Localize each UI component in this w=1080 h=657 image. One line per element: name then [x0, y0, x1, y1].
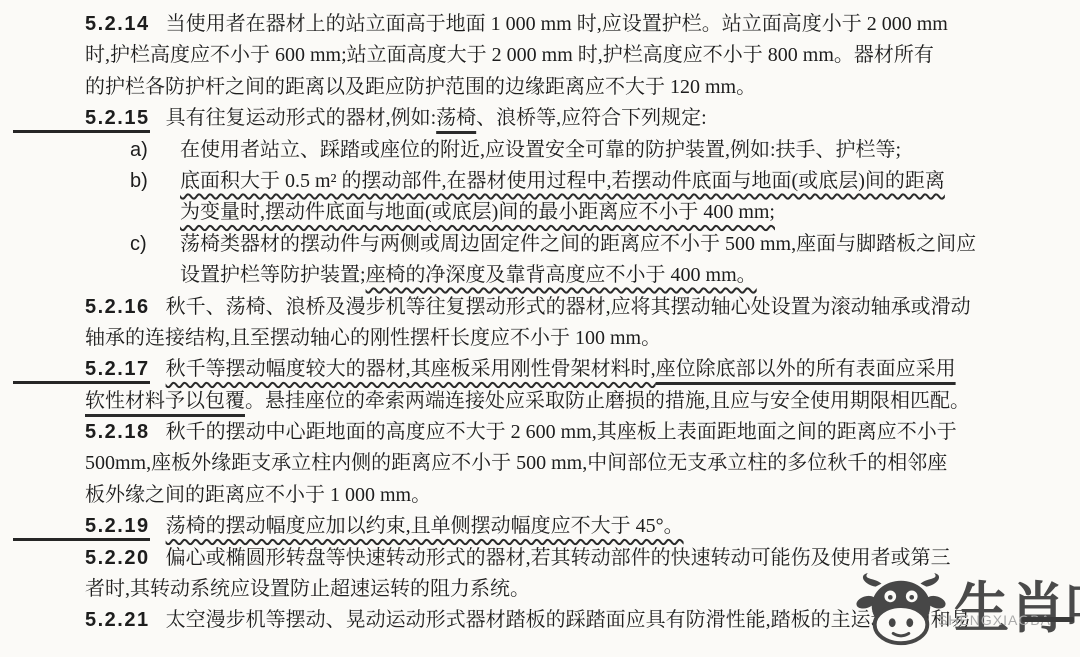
text-line: 5.2.16秋千、荡椅、浪桥及漫步机等往复摆动形式的器材,应将其摆动轴心处设置为…: [0, 292, 1080, 323]
text-segment: 座位除底部以外的所有表面应采用: [656, 358, 956, 380]
text-line: 的护栏各防护杆之间的距离以及距应防护范围的边缘距离应不大于 120 mm。: [0, 72, 1080, 103]
text-segment: 在使用者站立、踩踏或座位的附近,应设置安全可靠的防护装置,例如:扶手、护栏等;: [180, 139, 901, 161]
item-marker: a): [130, 135, 180, 166]
text-line: b)底面积大于 0.5 m² 的摆动部件,在器材使用过程中,若摆动件底面与地面(…: [0, 166, 1080, 197]
item-marker: b): [130, 166, 180, 197]
clause-number: 5.2.20: [85, 547, 150, 569]
text-segment: 秋千、荡椅、浪桥及漫步机等往复摆动形式的器材,应将其摆动轴心处设置为滚动轴承或滑…: [166, 296, 971, 318]
text-segment: 板外缘之间的距离应不小于 1 000 mm。: [85, 484, 431, 506]
text-line: 板外缘之间的距离应不小于 1 000 mm。: [0, 480, 1080, 511]
clause-number: 5.2.18: [85, 421, 150, 443]
clause-number: 5.2.19: [13, 515, 150, 541]
document-page: 5.2.14当使用者在器材上的站立面高于地面 1 000 mm 时,应设置护栏。…: [0, 0, 1080, 657]
text-segment: 为变量时,摆动件底面与地面(或底层)间的最小距离应不小于 400 mm;: [180, 201, 775, 223]
text-segment: 秋千的摆动中心距地面的高度应不大于 2 600 mm,其座板上表面距地面之间的距…: [166, 421, 957, 443]
text-line: 5.2.19荡椅的摆动幅度应加以约束,且单侧摆动幅度应不大于 45°。: [0, 511, 1080, 542]
clause-number: 5.2.14: [85, 13, 150, 35]
text-segment: 设置护栏等防护装置;: [180, 264, 366, 286]
clause-number: 5.2.15: [13, 107, 150, 133]
text-segment: 秋千等摆动幅度较大的器材,其座板采用刚性骨架材料时,: [166, 358, 656, 380]
text-line: 设置护栏等防护装置;座椅的净深度及靠背高度应不小于 400 mm。: [0, 260, 1080, 291]
text-segment: 时,护栏高度应不小于 600 mm;站立面高度大于 2 000 mm 时,护栏高…: [85, 44, 934, 66]
text-segment: 轴承的连接结构,且至摆动轴心的刚性摆杆长度应不小于 100 mm。: [85, 327, 661, 349]
text-segment: 荡椅类器材的摆动件与两侧或周边固定件之间的距离应不小于 500 mm,座面与脚踏…: [180, 233, 976, 255]
text-line: 为变量时,摆动件底面与地面(或底层)间的最小距离应不小于 400 mm;: [0, 197, 1080, 228]
text-line: 5.2.14当使用者在器材上的站立面高于地面 1 000 mm 时,应设置护栏。…: [0, 9, 1080, 40]
text-segment: 、浪桥等,应符合下列规定:: [476, 107, 707, 129]
text-line: 5.2.17秋千等摆动幅度较大的器材,其座板采用刚性骨架材料时,座位除底部以外的…: [0, 354, 1080, 385]
text-segment: 当使用者在器材上的站立面高于地面 1 000 mm 时,应设置护栏。站立面高度小…: [166, 13, 948, 35]
document-body: 5.2.14当使用者在器材上的站立面高于地面 1 000 mm 时,应设置护栏。…: [0, 9, 1080, 637]
item-marker: c): [130, 229, 180, 260]
text-line: 5.2.18秋千的摆动中心距地面的高度应不大于 2 600 mm,其座板上表面距…: [0, 417, 1080, 448]
text-line: 时,护栏高度应不小于 600 mm;站立面高度大于 2 000 mm 时,护栏高…: [0, 40, 1080, 71]
watermark-dash: [1022, 617, 1074, 622]
text-line: a)在使用者站立、踩踏或座位的附近,应设置安全可靠的防护装置,例如:扶手、护栏等…: [0, 135, 1080, 166]
text-segment: 荡椅: [436, 107, 476, 129]
text-segment: 的护栏各防护杆之间的距离以及距应防护范围的边缘距离应不大于 120 mm。: [85, 76, 756, 98]
text-segment: 底面积大于 0.5 m² 的摆动部件,在器材使用过程中,若摆动件底面与地面(或底…: [180, 170, 945, 192]
text-line: c)荡椅类器材的摆动件与两侧或周边固定件之间的距离应不小于 500 mm,座面与…: [0, 229, 1080, 260]
clause-number: 5.2.16: [85, 296, 150, 318]
text-segment: 偏心或椭圆形转盘等快速转动形式的器材,若其转动部件的快速转动可能伤及使用者或第三: [166, 547, 951, 569]
text-segment: 者时,其转动系统应设置防止超速运转的阻力系统。: [85, 578, 530, 600]
text-segment: 具有往复运动形式的器材,例如:: [166, 107, 437, 129]
ox-logo-icon: [852, 571, 950, 649]
watermark: 生肖吧 SHENGXIAOBA: [850, 565, 1080, 657]
text-segment: 软性材料予以包覆: [85, 390, 245, 412]
text-line: 软性材料予以包覆。悬挂座位的牵索两端连接处应采取防止磨损的措施,且应与安全使用期…: [0, 386, 1080, 417]
text-segment: 500mm,座板外缘距支承立柱内侧的距离应不小于 500 mm,中间部位无支承立…: [85, 452, 947, 474]
clause-number: 5.2.21: [85, 609, 150, 631]
text-segment: 荡椅的摆动幅度应加以约束,且单侧摆动幅度应不大于 45°。: [166, 515, 684, 537]
clause-number: 5.2.17: [13, 358, 150, 384]
text-line: 轴承的连接结构,且至摆动轴心的刚性摆杆长度应不小于 100 mm。: [0, 323, 1080, 354]
text-segment: 。悬挂座位的牵索两端连接处应采取防止磨损的措施,且应与安全使用期限相匹配。: [245, 390, 970, 412]
text-line: 500mm,座板外缘距支承立柱内侧的距离应不小于 500 mm,中间部位无支承立…: [0, 448, 1080, 479]
text-line: 5.2.15具有往复运动形式的器材,例如:荡椅、浪桥等,应符合下列规定:: [0, 103, 1080, 134]
text-segment: 座椅的净深度及靠背高度应不小于 400 mm。: [366, 264, 757, 286]
